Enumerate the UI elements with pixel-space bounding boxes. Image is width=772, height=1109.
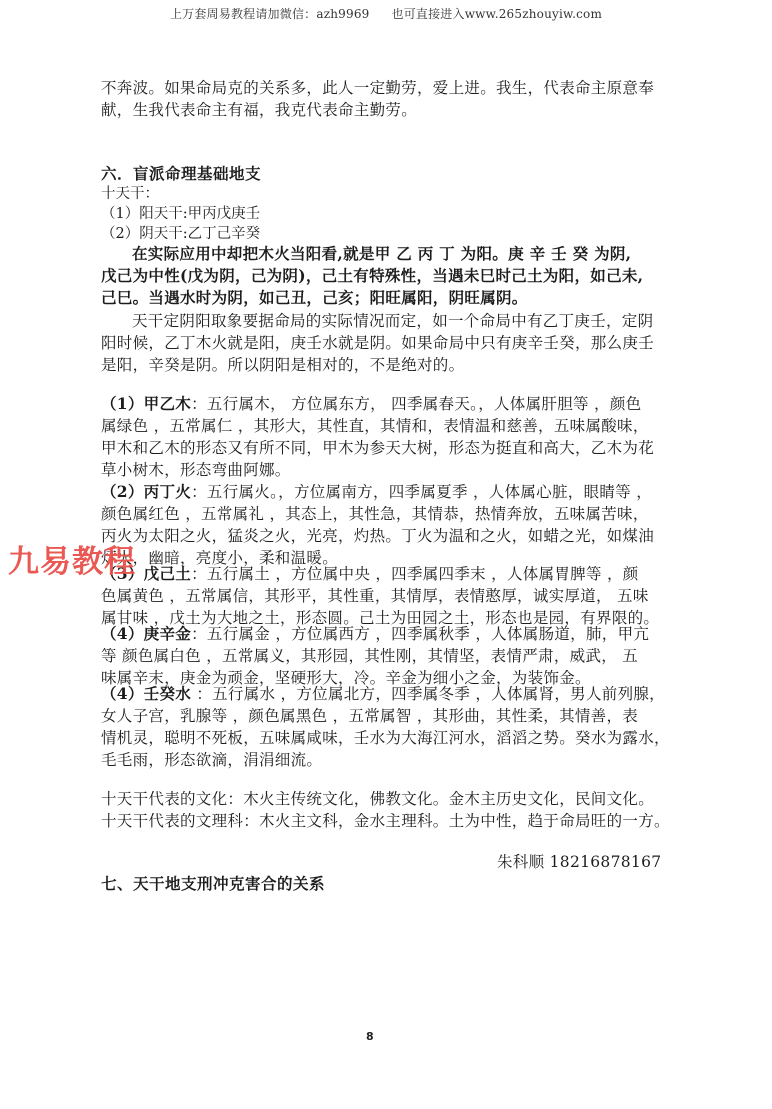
banner-website-text: 也可直接进入www.265zhouyiw.com	[392, 7, 603, 21]
text-line: 十天干代表的文化：木火主传统文化，佛教文化。金木主历史文化，民间文化。	[101, 788, 666, 810]
page-number: 8	[366, 1030, 374, 1043]
text-line: 属绿色 ，五常属仁 ，其形大，其性直，其情和，表情温和慈善，五味属酸味，	[101, 415, 666, 437]
text-line: 女人子宫，乳腺等 ，颜色属黑色 ，五常属智 ，其形曲，其性柔，其情善，表	[101, 705, 666, 727]
stem-bing-ding-fire: （2）丙丁火：五行属火。，方位属南方，四季属夏季 ，人体属心脏，眼睛等 ， 颜色…	[101, 481, 666, 569]
text-line: 戊己为中性(戊为阴，己为阴)，己土有特殊性，当遇未巳时己土为阳，如己未,	[101, 265, 666, 287]
section-6: 六．盲派命理基础地支 十天干： （1）阳天干:甲丙戊庚壬 （2）阴天干:乙丁己辛…	[101, 164, 666, 244]
text-line: ：五行属木， 方位属东方， 四季属春天。，人体属肝胆等 ，颜色	[191, 395, 641, 413]
text-line: 阳时候，乙丁木火就是阳，庚壬水就是阴。如果命局中只有庚辛壬癸，那么庚壬	[101, 332, 666, 354]
intro-paragraph: 不奔波。如果命局克的关系多，此人一定勤劳，爱上进。我生，代表命主原意奉 献，生我…	[101, 77, 666, 121]
text-line: ：五行属火。，方位属南方，四季属夏季 ，人体属心脏，眼睛等 ，	[191, 483, 652, 501]
text-line: 毛毛雨，形态欲滴，涓涓细流。	[101, 749, 666, 771]
text-line: 色属黄色 ，五常属信，其形平，其性重，其情厚，表情憨厚，诚实厚道， 五味	[101, 585, 666, 607]
text-line: 天干定阴阳取象要据命局的实际情况而定，如一个命局中有乙丁庚壬，定阴	[101, 310, 666, 332]
header-banner: 上万套周易教程请加微信：azh9969也可直接进入www.265zhouyiw.…	[0, 5, 772, 22]
yin-stems-line: （2）阴天干:乙丁己辛癸	[101, 224, 666, 244]
text-line: 己巳。当遇水时为阴，如己丑，己亥；阳旺属阳，阴旺属阴。	[101, 287, 666, 309]
stem-label: （2）丙丁火	[101, 482, 191, 501]
text-line: ：五行属水 ，方位属北方，四季属冬季 ，人体属肾，男人前列腺，	[191, 685, 665, 703]
watermark-logo: 九易教程	[8, 536, 136, 581]
stem-label: （1）甲乙木	[101, 394, 191, 413]
section-7: 七、天干地支刑冲克害合的关系	[101, 874, 666, 894]
text-line: 颜色属红色 ，五常属礼 ，其态上，其性急，其情恭，热情奔放，五味属苦味，	[101, 503, 666, 525]
yin-yang-relative-paragraph: 天干定阴阳取象要据命局的实际情况而定，如一个命局中有乙丁庚壬，定阴 阳时候，乙丁…	[101, 310, 666, 376]
text-line: 献，生我代表命主有福，我克代表命主勤劳。	[101, 99, 666, 121]
stem-wu-ji-earth: （3）戊己土：五行属土 ，方位属中央 ，四季属四季末 ，人体属胃脾等 ，颜 色属…	[101, 563, 666, 629]
text-line: 不奔波。如果命局克的关系多，此人一定勤劳，爱上进。我生，代表命主原意奉	[101, 77, 666, 99]
stem-label: （4）庚辛金	[101, 624, 191, 643]
stems-culture-paragraph: 十天干代表的文化：木火主传统文化，佛教文化。金木主历史文化，民间文化。 十天干代…	[101, 788, 666, 832]
text-line: 在实际应用中却把木火当阳看,就是甲 乙 丙 丁 为阳。庚 辛 壬 癸 为阴,	[101, 243, 666, 265]
stem-label: （4）壬癸水	[101, 684, 191, 703]
text-line: 丙火为太阳之火，猛炎之火，光亮，灼热。丁火为温和之火，如蜡之光，如煤油	[101, 525, 666, 547]
text-line: 草小树木，形态弯曲阿娜。	[101, 459, 666, 481]
banner-wechat-text: 上万套周易教程请加微信：azh9969	[170, 7, 370, 21]
text-line: 是阳，辛癸是阴。所以阴阳是相对的，不是绝对的。	[101, 354, 666, 376]
text-line: 甲木和乙木的形态又有所不同，甲木为参天大树，形态为挺直和高大，乙木为花	[101, 437, 666, 459]
stem-jia-yi-wood: （1）甲乙木：五行属木， 方位属东方， 四季属春天。，人体属肝胆等 ，颜色 属绿…	[101, 393, 666, 481]
stem-ren-gui-water: （4）壬癸水 ：五行属水 ，方位属北方，四季属冬季 ，人体属肾，男人前列腺， 女…	[101, 683, 666, 771]
heavenly-stems-subtitle: 十天干：	[101, 184, 666, 204]
section-6-title: 六．盲派命理基础地支	[101, 164, 666, 184]
text-line: ：五行属金 ，方位属西方 ，四季属秋季 ，人体属肠道，肺，甲亢	[191, 625, 649, 643]
yin-yang-bold-paragraph: 在实际应用中却把木火当阳看,就是甲 乙 丙 丁 为阳。庚 辛 壬 癸 为阴, 戊…	[101, 243, 666, 309]
yang-stems-line: （1）阳天干:甲丙戊庚壬	[101, 204, 666, 224]
text-line: 十天干代表的文理科：木火主文科，金水主理科。土为中性，趋于命局旺的一方。	[101, 810, 666, 832]
text-line: ：五行属土 ，方位属中央 ，四季属四季末 ，人体属胃脾等 ，颜	[191, 565, 639, 583]
author-signature: 朱科顺 18216878167	[497, 850, 661, 872]
text-line: 情机灵，聪明不死板，五味属咸味，壬水为大海江河水，滔滔之势。癸水为露水，	[101, 727, 666, 749]
text-line: 等 颜色属白色 ，五常属义，其形园，其性刚，其情坚，表情严肃，威武， 五	[101, 645, 666, 667]
section-7-title: 七、天干地支刑冲克害合的关系	[101, 874, 666, 894]
stem-geng-xin-metal: （4）庚辛金：五行属金 ，方位属西方 ，四季属秋季 ，人体属肠道，肺，甲亢 等 …	[101, 623, 666, 689]
